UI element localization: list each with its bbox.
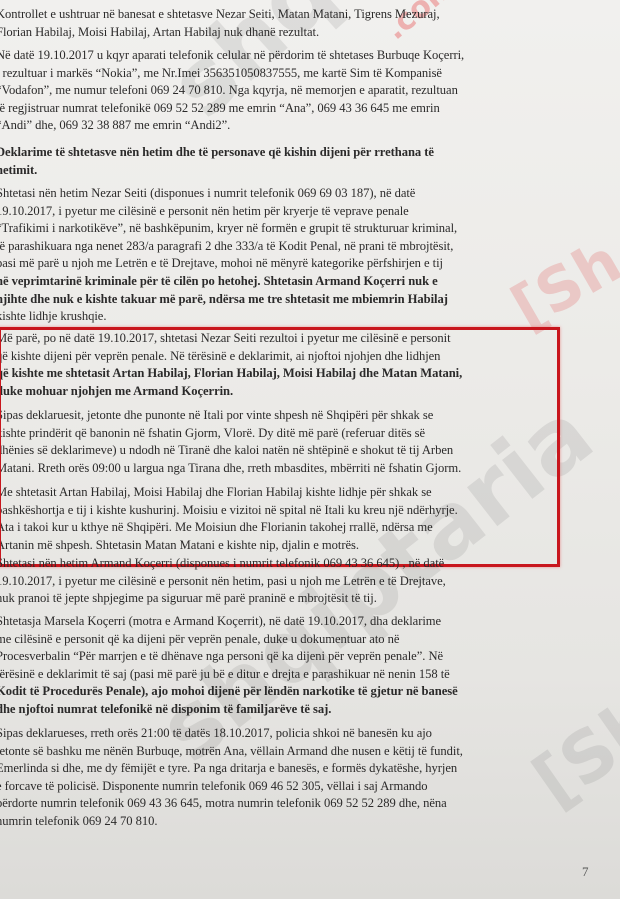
text-line: tërësinë e deklarimit të saj (pasi më pa… [0, 666, 581, 684]
text-line: i rezultuar i markës “Nokia”, me Nr.Imei… [0, 65, 581, 83]
text-line: dhe njoftoi numrat telefonikë në disponi… [0, 701, 581, 719]
text-line: që kishte me shtetasit Artan Habilaj, Fl… [0, 365, 581, 383]
text-line: Artanin më shpesh. Shtetasin Matan Matan… [0, 537, 581, 555]
heading-line: Deklarime të shtetasve nën hetim dhe të … [0, 144, 581, 162]
text-line: “Trafikimi i narkotikëve”, në bashkëpuni… [0, 220, 581, 238]
text-line: kishte prindërit që banonin në fshatin G… [0, 425, 581, 443]
text-line: 19.10.2017, i pyetur me cilësinë e perso… [0, 573, 581, 591]
text-line: Shtetasi nën hetim Armand Koçerri (dispo… [0, 555, 581, 573]
text-line: që kishte dijeni për veprën penale. Në t… [0, 348, 581, 366]
text-line: të regjistruar numrat telefonikë 069 52 … [0, 100, 581, 118]
text-line: 19.10.2017, i pyetur me cilësinë e perso… [0, 203, 581, 221]
text-line: duke mohuar njohjen me Armand Koçerrin. [0, 383, 581, 401]
text-line: kishte lidhje krushqie. [0, 308, 581, 326]
text-line: Më parë, po në datë 19.10.2017, shtetasi… [0, 330, 581, 348]
text-line: “Vodafon”, me numur telefoni 069 24 70 8… [0, 82, 581, 100]
text-line: “Andi” dhe, 069 32 38 887 me emrin “Andi… [0, 117, 581, 135]
text-line: Në datë 19.10.2017 u kqyr aparati telefo… [0, 47, 581, 65]
paragraph-nezar-seiti-witness: Më parë, po në datë 19.10.2017, shtetasi… [0, 330, 581, 400]
paragraph-marsela-kocerri: Shtetasja Marsela Koçerri (motra e Arman… [0, 613, 581, 719]
text-line: pasi më parë u njoh me Letrën e të Drejt… [0, 255, 581, 273]
text-line: numrin telefonik 069 24 70 810. [0, 813, 581, 831]
text-line: Me shtetasit Artan Habilaj, Moisi Habila… [0, 484, 581, 502]
text-line: Shtetasi nën hetim Nezar Seiti (disponue… [0, 185, 581, 203]
text-line: e forcave të policisë. Disponente numrin… [0, 778, 581, 796]
text-line: Emerlinda si dhe, me dy fëmijët e tyre. … [0, 760, 581, 778]
text-line: Sipas deklaruesit, jetonte dhe punonte n… [0, 407, 581, 425]
section-heading: Deklarime të shtetasve nën hetim dhe të … [0, 144, 581, 179]
text-line: Florian Habilaj, Moisi Habilaj, Artan Ha… [0, 24, 581, 42]
text-line: Matani. Rreth orës 09:00 u largua nga Ti… [0, 460, 581, 478]
paragraph-nezar-seiti-suspect: Shtetasi nën hetim Nezar Seiti (disponue… [0, 185, 581, 326]
text-line: Shtetasja Marsela Koçerri (motra e Arman… [0, 613, 581, 631]
paragraph-habilaj-relations: Me shtetasit Artan Habilaj, Moisi Habila… [0, 484, 581, 554]
text-line: Procesverbalin “Për marrjen e të dhënave… [0, 648, 581, 666]
text-line: dhënies së deklarimeve) u ndodh në Tiran… [0, 442, 581, 460]
text-line: nuk pranoi të jepte shpjegime pa sigurua… [0, 590, 581, 608]
paragraph-declarant-account: Sipas deklaruesit, jetonte dhe punonte n… [0, 407, 581, 477]
document-page: shqiptaria.com [Sh shqiptaria [Sh .com K… [0, 0, 620, 899]
paragraph-police-arrival: Sipas deklarueses, rreth orës 21:00 të d… [0, 725, 581, 831]
text-line: Ata i takoi kur u kthye në Shqipëri. Me … [0, 519, 581, 537]
page-number: 7 [582, 864, 589, 880]
heading-line: hetimit. [0, 162, 581, 180]
text-line: bashkëshortja e tij i kishte kushurinj. … [0, 502, 581, 520]
text-line: Sipas deklarueses, rreth orës 21:00 të d… [0, 725, 581, 743]
text-line: përdorte numrin telefonik 069 43 36 645,… [0, 795, 581, 813]
text-line: në veprimtarinë kriminale për të cilën p… [0, 273, 581, 291]
paragraph-phone-inspection: Në datë 19.10.2017 u kqyr aparati telefo… [0, 47, 581, 135]
paragraph-armand-kocerri: Shtetasi nën hetim Armand Koçerri (dispo… [0, 555, 581, 608]
text-line: të parashikuara nga nenet 283/a paragraf… [0, 238, 581, 256]
text-line: Kodit të Procedurës Penale), ajo mohoi d… [0, 683, 581, 701]
paragraph-search-results: Kontrollet e ushtruar në banesat e shtet… [0, 6, 581, 41]
text-line: njihte dhe nuk e kishte takuar më parë, … [0, 291, 581, 309]
text-line: Kontrollet e ushtruar në banesat e shtet… [0, 6, 581, 24]
text-line: jetonte së bashku me nënën Burbuqe, motr… [0, 743, 581, 761]
text-line: me cilësinë e personit që ka dijeni për … [0, 631, 581, 649]
